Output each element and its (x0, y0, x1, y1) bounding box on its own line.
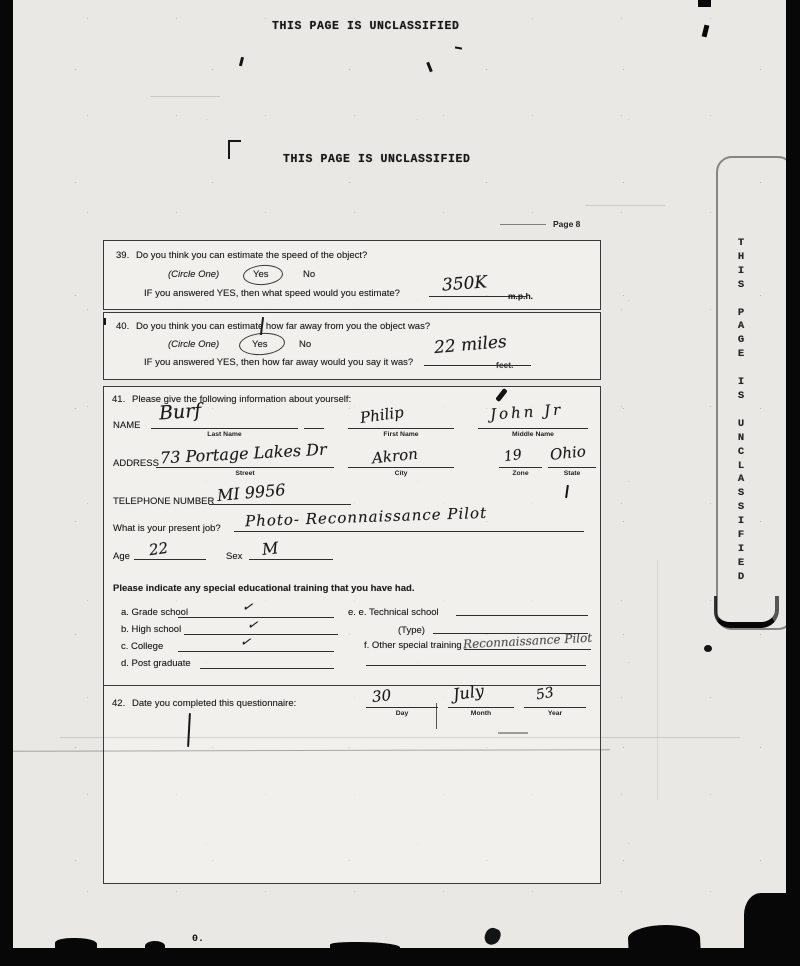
scan-edge-bottom-2 (0, 952, 800, 966)
sex-handwriting: M (261, 538, 279, 559)
scan-edge-left (0, 0, 13, 952)
education-college-label: c. College (121, 641, 163, 652)
scan-artifact (657, 560, 658, 800)
name-label: NAME (113, 420, 140, 431)
college-line (178, 651, 334, 652)
scan-edge-blob (698, 0, 711, 7)
middle-name-line (478, 428, 588, 429)
college-checkmark: ✓ (239, 634, 252, 650)
q39-yes-option: Yes (253, 269, 269, 280)
q40-number: 40. (116, 321, 129, 332)
high-school-checkmark: ✓ (246, 617, 259, 633)
q40-question: Do you think you can estimate how far aw… (136, 321, 430, 332)
day-handwriting: 30 (371, 686, 392, 706)
street-sublabel: Street (156, 470, 334, 477)
q40-unit-label: feet. (496, 360, 513, 370)
telephone-handwriting: MI 9956 (216, 480, 286, 505)
technical-school-line (456, 615, 588, 616)
education-other-training-label: f. Other special training (364, 640, 462, 651)
scan-edge-blob (55, 938, 97, 950)
street-handwriting: 73 Portage Lakes Dr (160, 440, 327, 468)
education-technical-school-label: e. e. Technical school (348, 607, 439, 618)
scan-artifact (495, 388, 508, 402)
age-line (134, 559, 206, 560)
day-sublabel: Day (366, 710, 438, 717)
scan-artifact (436, 703, 437, 729)
side-stamp-border-heavy-bottom (714, 596, 779, 628)
zone-handwriting: 19 (503, 447, 523, 465)
address-label: ADDRESS (113, 458, 159, 469)
scan-artifact (60, 737, 740, 738)
scan-edge-blob (145, 941, 165, 951)
month-line (448, 707, 514, 708)
education-intro: Please indicate any special educational … (113, 583, 414, 594)
month-handwriting: July (452, 681, 485, 704)
year-handwriting: 53 (535, 685, 555, 704)
first-name-handwriting: Philip (359, 403, 405, 427)
month-sublabel: Month (448, 710, 514, 717)
side-stamp-border (716, 156, 794, 630)
q39-question: Do you think you can estimate the speed … (136, 250, 367, 261)
q39-unit-label: m.p.h. (508, 291, 533, 301)
q42-question: Date you completed this questionnaire: (132, 698, 296, 709)
q39-answer-handwriting: 350K (441, 272, 487, 295)
state-line (548, 467, 596, 468)
education-type-label: (Type) (398, 625, 425, 636)
age-handwriting: 22 (148, 539, 169, 559)
question-41-42-box: 41. Please give the following informatio… (103, 386, 601, 884)
q41-number: 41. (112, 394, 125, 405)
year-sublabel: Year (524, 710, 586, 717)
q39-followup: IF you answered YES, then what speed wou… (144, 288, 400, 299)
last-name-line (151, 428, 298, 429)
scan-artifact (585, 205, 665, 206)
education-post-graduate-label: d. Post graduate (121, 658, 191, 669)
scan-artifact (704, 645, 712, 652)
city-sublabel: City (348, 470, 454, 477)
scan-artifact (304, 428, 324, 429)
scan-artifact (187, 713, 191, 747)
scan-artifact (104, 318, 106, 325)
scan-artifact (239, 57, 244, 66)
scan-edge-blob (627, 923, 700, 953)
telephone-label: TELEPHONE NUMBER (113, 496, 214, 507)
q40-no-option: No (299, 339, 311, 350)
q39-no-option: No (303, 269, 315, 280)
first-name-sublabel: First Name (348, 431, 454, 438)
q39-number: 39. (116, 250, 129, 261)
unclassified-stamp-middle: THIS PAGE IS UNCLASSIFIED (283, 153, 471, 166)
street-line (156, 467, 334, 468)
scanned-questionnaire-page: THIS PAGE IS UNCLASSIFIED THIS PAGE IS U… (0, 0, 800, 966)
scan-edge-blob (330, 942, 400, 951)
age-label: Age (113, 551, 130, 562)
job-handwriting: Photo- Reconnaissance Pilot (245, 504, 488, 530)
q40-yes-option: Yes (252, 339, 268, 350)
unclassified-stamp-top: THIS PAGE IS UNCLASSIFIED (272, 20, 460, 33)
q40-answer-line (424, 365, 531, 366)
last-name-sublabel: Last Name (151, 431, 298, 438)
city-line (348, 467, 454, 468)
post-graduate-line (200, 668, 334, 669)
q40-answer-handwriting: 22 miles (433, 332, 507, 358)
job-label: What is your present job? (113, 523, 221, 534)
q40-followup: IF you answered YES, then how far away w… (144, 357, 413, 368)
sex-label: Sex (226, 551, 242, 562)
high-school-line (184, 634, 338, 635)
last-name-handwriting: Burf (158, 400, 202, 425)
sex-line (249, 559, 333, 560)
zone-sublabel: Zone (499, 470, 542, 477)
state-sublabel: State (548, 470, 596, 477)
scan-artifact (565, 485, 569, 498)
scan-artifact (228, 140, 241, 159)
middle-name-handwriting: John Jr (489, 400, 563, 423)
unclassified-stamp-side: T H I S P A G E I S U N C L A S S I F I … (733, 237, 749, 585)
telephone-line (209, 504, 351, 505)
question-40-box: 40. Do you think you can estimate how fa… (103, 312, 601, 380)
other-training-line-2 (366, 665, 586, 666)
scan-artifact (455, 46, 462, 49)
scan-artifact-mark: 0. (192, 934, 204, 945)
question-39-box: 39. Do you think you can estimate the sp… (103, 240, 601, 310)
page-number: Page 8 (553, 219, 580, 229)
scan-artifact (426, 62, 433, 72)
middle-name-sublabel: Middle Name (478, 431, 588, 438)
q39-circle-one-label: (Circle One) (168, 269, 219, 280)
state-handwriting: Ohio (549, 442, 586, 464)
scan-artifact (483, 926, 503, 947)
education-high-school-label: b. High school (121, 624, 181, 635)
grade-school-checkmark: ✓ (241, 599, 254, 615)
job-line (234, 531, 584, 532)
q40-circle-one-label: (Circle One) (168, 339, 219, 350)
scan-edge-right (786, 0, 800, 966)
section-divider (104, 685, 600, 686)
scan-artifact (498, 732, 528, 734)
scan-artifact (500, 224, 546, 225)
year-line (524, 707, 586, 708)
zone-line (499, 467, 542, 468)
city-handwriting: Akron (371, 445, 418, 468)
scan-artifact (150, 96, 220, 97)
q42-number: 42. (112, 698, 125, 709)
first-name-line (348, 428, 454, 429)
day-line (366, 707, 438, 708)
scan-edge-blob (702, 25, 710, 38)
